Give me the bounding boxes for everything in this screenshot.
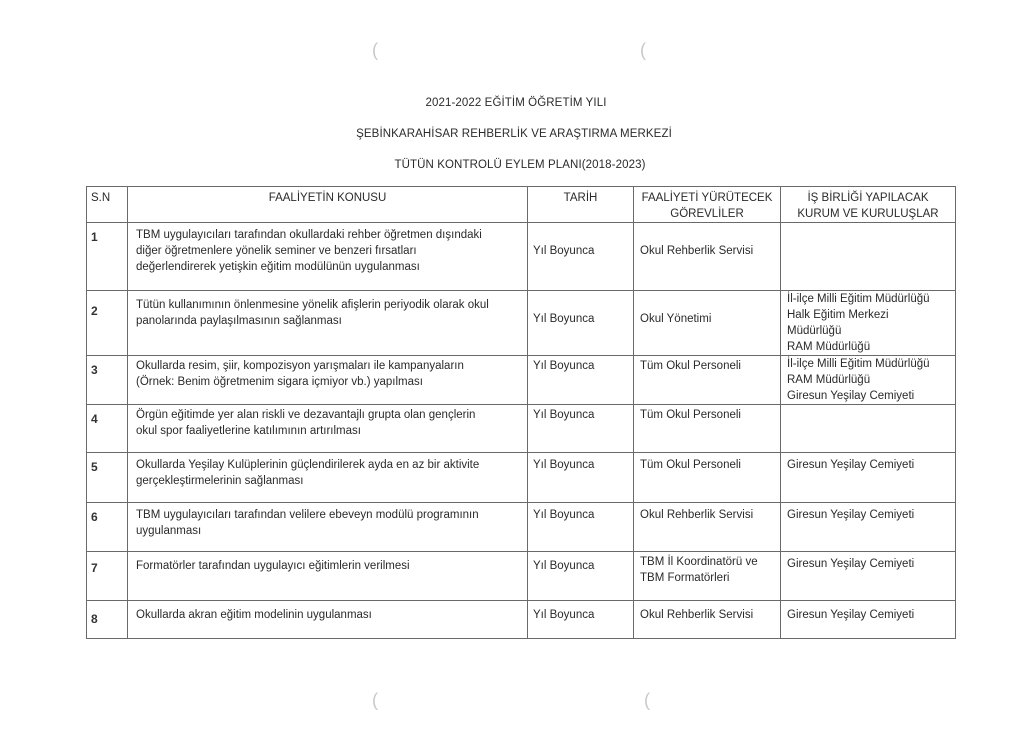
partner-line: Halk Eğitim Merkezi <box>787 307 955 323</box>
cell-responsible: Okul Yönetimi <box>634 291 781 356</box>
column-header-sn: S.N <box>87 187 128 223</box>
column-header-line: GÖREVLİLER <box>634 206 780 222</box>
partner-line: İl-ilçe Milli Eğitim Müdürlüğü <box>787 291 955 307</box>
activity-line: gerçekleştirmelerinin sağlanması <box>136 473 527 489</box>
cell-partners: Giresun Yeşilay Cemiyeti <box>781 552 956 601</box>
table-row: 5Okullarda Yeşilay Kulüplerinin güçlendi… <box>87 453 956 503</box>
heading-academic-year: 2021-2022 EĞİTİM ÖĞRETİM YILI <box>4 97 1024 109</box>
activity-line: panolarında paylaşılmasının sağlanması <box>136 313 527 329</box>
table-row: 4Örgün eğitimde yer alan riskli ve dezav… <box>87 405 956 453</box>
cell-responsible: Okul Rehberlik Servisi <box>634 503 781 552</box>
cell-date: Yıl Boyunca <box>528 503 634 552</box>
cell-responsible: Tüm Okul Personeli <box>634 405 781 453</box>
column-header-line: KURUM VE KURULUŞLAR <box>781 206 955 222</box>
table-row: 3Okullarda resim, şiir, kompozisyon yarı… <box>87 356 956 405</box>
scan-mark: ( <box>644 690 650 711</box>
table-header-row: S.N FAALİYETİN KONUSU TARİH FAALİYETİ YÜ… <box>87 187 956 223</box>
cell-activity: TBM uygulayıcıları tarafından velilere e… <box>128 503 528 552</box>
table-body: 1TBM uygulayıcıları tarafından okullarda… <box>87 223 956 639</box>
cell-date: Yıl Boyunca <box>528 405 634 453</box>
responsible-line: Okul Rehberlik Servisi <box>640 243 780 259</box>
cell-responsible: Tüm Okul Personeli <box>634 356 781 405</box>
cell-date: Yıl Boyunca <box>528 291 634 356</box>
partner-line: Giresun Yeşilay Cemiyeti <box>787 507 955 523</box>
responsible-line: Okul Rehberlik Servisi <box>640 507 780 523</box>
heading-institution: ŞEBİNKARAHİSAR REHBERLİK VE ARAŞTIRMA ME… <box>2 128 1024 140</box>
responsible-line: Okul Rehberlik Servisi <box>640 607 780 623</box>
activity-line: Örgün eğitimde yer alan riskli ve dezava… <box>136 407 527 423</box>
partner-line: RAM Müdürlüğü <box>787 339 955 355</box>
cell-sn: 4 <box>87 405 128 453</box>
cell-date: Yıl Boyunca <box>528 223 634 291</box>
column-header-date: TARİH <box>528 187 634 223</box>
activity-line: TBM uygulayıcıları tarafından velilere e… <box>136 507 527 523</box>
partner-line: Giresun Yeşilay Cemiyeti <box>787 388 955 404</box>
scan-mark: ( <box>372 690 378 711</box>
cell-sn: 8 <box>87 601 128 639</box>
cell-sn: 7 <box>87 552 128 601</box>
cell-date: Yıl Boyunca <box>528 356 634 405</box>
activity-line: Tütün kullanımının önlenmesine yönelik a… <box>136 297 527 313</box>
cell-activity: Okullarda resim, şiir, kompozisyon yarış… <box>128 356 528 405</box>
activity-line: Formatörler tarafından uygulayıcı eğitim… <box>136 558 527 574</box>
responsible-line: Tüm Okul Personeli <box>640 457 780 473</box>
cell-partners: Giresun Yeşilay Cemiyeti <box>781 453 956 503</box>
table-row: 7Formatörler tarafından uygulayıcı eğiti… <box>87 552 956 601</box>
table-row: 8Okullarda akran eğitim modelinin uygula… <box>87 601 956 639</box>
column-header-responsible: FAALİYETİ YÜRÜTECEK GÖREVLİLER <box>634 187 781 223</box>
cell-date: Yıl Boyunca <box>528 552 634 601</box>
cell-activity: Okullarda akran eğitim modelinin uygulan… <box>128 601 528 639</box>
cell-activity: TBM uygulayıcıları tarafından okullardak… <box>128 223 528 291</box>
cell-activity: Tütün kullanımının önlenmesine yönelik a… <box>128 291 528 356</box>
cell-partners <box>781 223 956 291</box>
table-row: 2Tütün kullanımının önlenmesine yönelik … <box>87 291 956 356</box>
activity-line: (Örnek: Benim öğretmenim sigara içmiyor … <box>136 374 527 390</box>
activity-line: Okullarda resim, şiir, kompozisyon yarış… <box>136 358 527 374</box>
column-header-partners: İŞ BİRLİĞİ YAPILACAK KURUM VE KURULUŞLAR <box>781 187 956 223</box>
responsible-line: TBM Formatörleri <box>640 570 780 586</box>
cell-partners: İl-ilçe Milli Eğitim MüdürlüğüHalk Eğiti… <box>781 291 956 356</box>
activity-line: Okullarda akran eğitim modelinin uygulan… <box>136 607 527 623</box>
table-row: 1TBM uygulayıcıları tarafından okullarda… <box>87 223 956 291</box>
activity-line: okul spor faaliyetlerine katılımının art… <box>136 423 527 439</box>
activity-line: diğer öğretmenlere yönelik seminer ve be… <box>136 243 527 259</box>
partner-line: Giresun Yeşilay Cemiyeti <box>787 556 955 572</box>
activity-line: değerlendirerek yetişkin eğitim modülünü… <box>136 259 527 275</box>
cell-partners: Giresun Yeşilay Cemiyeti <box>781 503 956 552</box>
cell-activity: Formatörler tarafından uygulayıcı eğitim… <box>128 552 528 601</box>
heading-plan-title: TÜTÜN KONTROLÜ EYLEM PLANI(2018-2023) <box>8 159 1024 171</box>
cell-sn: 3 <box>87 356 128 405</box>
partner-line: İl-ilçe Milli Eğitim Müdürlüğü <box>787 356 955 372</box>
cell-date: Yıl Boyunca <box>528 453 634 503</box>
table-row: 6TBM uygulayıcıları tarafından velilere … <box>87 503 956 552</box>
partner-line: Giresun Yeşilay Cemiyeti <box>787 457 955 473</box>
cell-responsible: Okul Rehberlik Servisi <box>634 223 781 291</box>
column-header-line: FAALİYETİ YÜRÜTECEK <box>634 190 780 206</box>
cell-responsible: Okul Rehberlik Servisi <box>634 601 781 639</box>
cell-partners: İl-ilçe Milli Eğitim MüdürlüğüRAM Müdürl… <box>781 356 956 405</box>
responsible-line: Okul Yönetimi <box>640 311 780 327</box>
cell-sn: 2 <box>87 291 128 356</box>
cell-responsible: TBM İl Koordinatörü veTBM Formatörleri <box>634 552 781 601</box>
scan-mark: ( <box>640 40 646 61</box>
action-plan-table: S.N FAALİYETİN KONUSU TARİH FAALİYETİ YÜ… <box>86 186 956 639</box>
responsible-line: Tüm Okul Personeli <box>640 358 780 374</box>
cell-date: Yıl Boyunca <box>528 601 634 639</box>
cell-partners: Giresun Yeşilay Cemiyeti <box>781 601 956 639</box>
cell-sn: 5 <box>87 453 128 503</box>
partner-line: RAM Müdürlüğü <box>787 372 955 388</box>
column-header-activity: FAALİYETİN KONUSU <box>128 187 528 223</box>
responsible-line: TBM İl Koordinatörü ve <box>640 554 780 570</box>
cell-responsible: Tüm Okul Personeli <box>634 453 781 503</box>
partner-line: Müdürlüğü <box>787 323 955 339</box>
activity-line: Okullarda Yeşilay Kulüplerinin güçlendir… <box>136 457 527 473</box>
activity-line: uygulanması <box>136 523 527 539</box>
cell-partners <box>781 405 956 453</box>
column-header-line: İŞ BİRLİĞİ YAPILACAK <box>781 190 955 206</box>
partner-line: Giresun Yeşilay Cemiyeti <box>787 607 955 623</box>
cell-activity: Okullarda Yeşilay Kulüplerinin güçlendir… <box>128 453 528 503</box>
cell-sn: 1 <box>87 223 128 291</box>
activity-line: TBM uygulayıcıları tarafından okullardak… <box>136 227 527 243</box>
cell-activity: Örgün eğitimde yer alan riskli ve dezava… <box>128 405 528 453</box>
cell-sn: 6 <box>87 503 128 552</box>
responsible-line: Tüm Okul Personeli <box>640 407 780 423</box>
scan-mark: ( <box>372 40 378 61</box>
